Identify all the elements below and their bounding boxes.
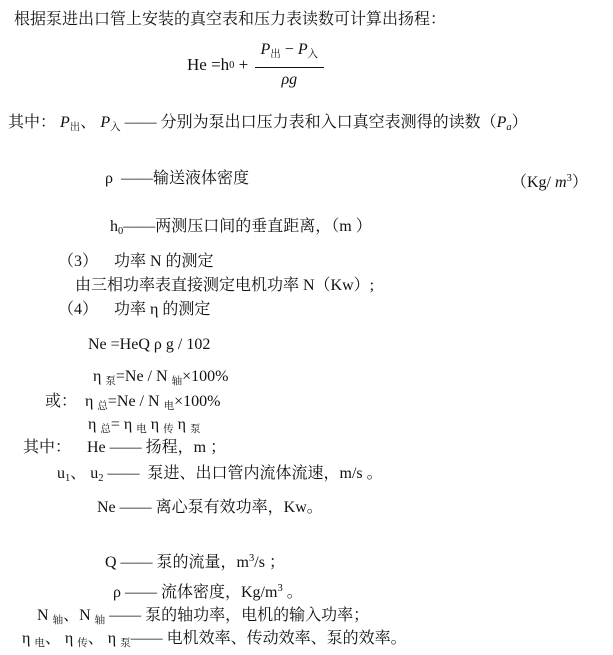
fraction: P出 − P入ρg xyxy=(255,40,325,90)
text-segment: u xyxy=(57,465,65,482)
text-segment: 电 xyxy=(34,638,45,649)
text-segment: 总 xyxy=(97,401,108,412)
text-segment: 、 η xyxy=(88,630,120,647)
text-segment: —— 泵进、出口管内流体流速，m/s 。 xyxy=(104,465,383,482)
text-segment: 根据泵进出口管上安装的真空表和压力表读数可计算出扬程： xyxy=(14,11,446,28)
text-segment: 。 xyxy=(283,584,303,601)
text-segment: P xyxy=(261,41,271,58)
def-rho2-line: ρ —— 流体密度，Kg/m3 。 xyxy=(113,578,303,604)
text-segment: Ne —— 离心泵有效功率，Kw。 xyxy=(97,499,323,516)
text-segment: ） xyxy=(572,174,588,191)
def-he-line: 其中： He —— 扬程，m ； xyxy=(23,437,226,459)
def-q-line: Q —— 泵的流量，m3/s ； xyxy=(105,548,285,574)
power-measure-line: 由三相功率表直接测定电机功率 N（Kw）; xyxy=(75,275,374,297)
text-segment: η xyxy=(88,416,100,433)
text-segment: 、N xyxy=(63,607,95,624)
text-segment: η xyxy=(93,368,105,385)
text-segment: − xyxy=(281,41,298,58)
text-segment: 总 xyxy=(100,424,111,435)
def-h0-line: h0——两测压口间的垂直距离，（m ） xyxy=(110,216,372,243)
head-formula: He =h0 + P出 − P入ρg xyxy=(187,40,324,90)
text-segment: =Ne / N xyxy=(108,393,164,410)
def-eta-line: η 电、 η 传、 η 泵—— 电机效率、传动效率、泵的效率。 xyxy=(22,628,407,655)
text-segment: ρ —— 流体密度，Kg/m xyxy=(113,584,277,601)
text-segment: 传 xyxy=(77,638,88,649)
text-segment: N xyxy=(37,607,53,624)
fraction-denominator: ρg xyxy=(281,68,297,90)
intro-line: 根据泵进出口管上安装的真空表和压力表读数可计算出扬程： xyxy=(14,9,446,31)
text-segment: Q —— 泵的流量，m xyxy=(105,554,249,571)
text-segment: 轴 xyxy=(172,376,183,387)
text-segment: 入 xyxy=(308,49,319,60)
text-segment: 泵 xyxy=(120,638,131,649)
ne-formula-line: Ne =HeQ ρ g / 102 xyxy=(88,334,210,356)
eta-pump-line: η 泵=Ne / N 轴×100% xyxy=(93,366,228,393)
text-segment: η xyxy=(22,630,34,647)
text-segment: 轴 xyxy=(95,615,106,626)
text-segment: 轴 xyxy=(53,615,64,626)
text-segment: Ne =HeQ ρ g / 102 xyxy=(88,336,210,353)
text-segment: 入 xyxy=(110,122,121,133)
def-u-line: u1、 u2 —— 泵进、出口管内流体流速，m/s 。 xyxy=(57,463,383,490)
text-segment: 、 u xyxy=(70,465,98,482)
text-segment: η xyxy=(147,416,163,433)
text-segment: 电 xyxy=(136,424,147,435)
text-segment: （3） 功率 N 的测定 xyxy=(58,253,214,270)
item4-line: （4） 功率 η 的测定 xyxy=(58,299,210,321)
text-segment: ×100% xyxy=(182,368,228,385)
item3-line: （3） 功率 N 的测定 xyxy=(58,251,214,273)
text-segment: （Kg/ xyxy=(511,174,555,191)
text-segment: 其中： He —— 扬程，m ； xyxy=(23,439,226,456)
text-segment: ρg xyxy=(281,71,297,88)
text-segment: P xyxy=(497,114,507,131)
text-segment: 泵 xyxy=(190,424,201,435)
text-segment: —— 分别为泵出口压力表和入口真空表测得的读数（ xyxy=(121,114,497,131)
text-segment: ×100% xyxy=(174,393,220,410)
text-segment: /s ； xyxy=(254,554,285,571)
def-rho-line: ρ ——输送液体密度 xyxy=(105,168,249,190)
document-page: 根据泵进出口管上安装的真空表和压力表读数可计算出扬程：He =h0 + P出 −… xyxy=(0,0,613,655)
text-segment: ） xyxy=(512,114,528,131)
def-p-line: 其中： P出、 P入 —— 分别为泵出口压力表和入口真空表测得的读数（Pa） xyxy=(8,112,528,139)
rho-unit: （Kg/ m3） xyxy=(511,168,588,194)
text-segment: ——两测压口间的垂直距离，（m ） xyxy=(123,218,371,235)
text-segment: 、 η xyxy=(45,630,77,647)
text-segment: η xyxy=(174,416,190,433)
text-segment: + xyxy=(234,55,252,75)
text-segment: ρ ——输送液体密度 xyxy=(105,170,249,187)
text-segment: 或： η xyxy=(45,393,97,410)
fraction-numerator: P出 − P入 xyxy=(255,40,325,68)
text-segment: —— 泵的轴功率，电机的输入功率； xyxy=(105,607,369,624)
text-segment: 泵 xyxy=(105,376,116,387)
def-ne-line: Ne —— 离心泵有效功率，Kw。 xyxy=(97,497,323,519)
text-segment: P xyxy=(60,114,70,131)
text-segment: 由三相功率表直接测定电机功率 N（Kw）; xyxy=(75,277,374,294)
text-segment: （4） 功率 η 的测定 xyxy=(58,301,210,318)
text-segment: h xyxy=(110,218,118,235)
text-segment: =Ne / N xyxy=(116,368,172,385)
text-segment: P xyxy=(298,41,308,58)
text-segment: 出 xyxy=(270,49,281,60)
text-segment: = η xyxy=(111,416,136,433)
text-segment: 其中： xyxy=(8,114,60,131)
text-segment: —— 电机效率、传动效率、泵的效率。 xyxy=(131,630,407,647)
text-segment: P xyxy=(100,114,110,131)
text-segment: He =h xyxy=(187,55,229,75)
text-segment: 电 xyxy=(164,401,175,412)
text-segment: 、 xyxy=(80,114,100,131)
text-segment: 传 xyxy=(163,424,174,435)
text-segment: m xyxy=(555,174,567,191)
text-segment: 出 xyxy=(70,122,81,133)
